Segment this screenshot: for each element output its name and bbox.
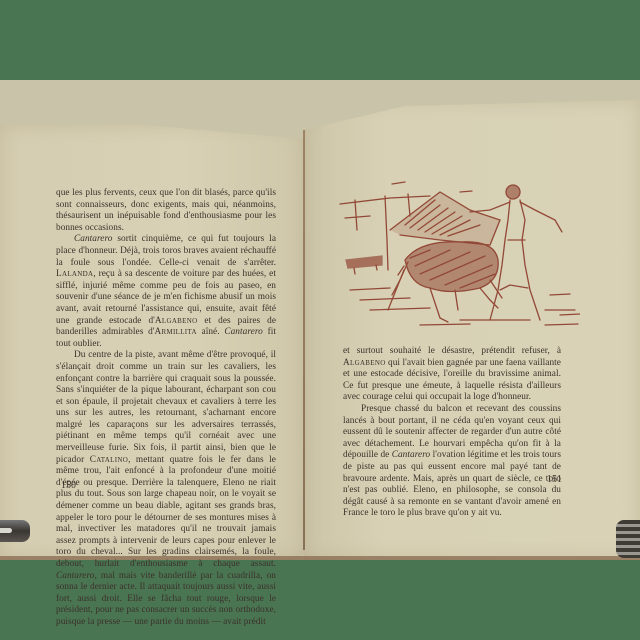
page-clip-left [0,520,30,542]
right-page-text: et surtout souhaité le désastre, prétend… [343,346,561,520]
left-page-text: que les plus fervents, ceux que l'on dit… [56,188,276,629]
paragraph: et surtout souhaité le désastre, prétend… [343,346,561,404]
paragraph: Du centre de la piste, avant même d'être… [56,350,276,628]
page-clip-right [616,520,640,558]
bullfight-illustration [330,170,580,330]
page-number-right: 151 [547,474,562,485]
paragraph: que les plus fervents, ceux que l'on dit… [56,188,276,234]
page-number-left: 150 [61,480,76,491]
paragraph: Presque chassé du balcon et recevant des… [343,404,561,520]
book-gutter [303,130,305,550]
paragraph: Cantarero sortit cinquième, ce qui fut t… [56,234,276,350]
